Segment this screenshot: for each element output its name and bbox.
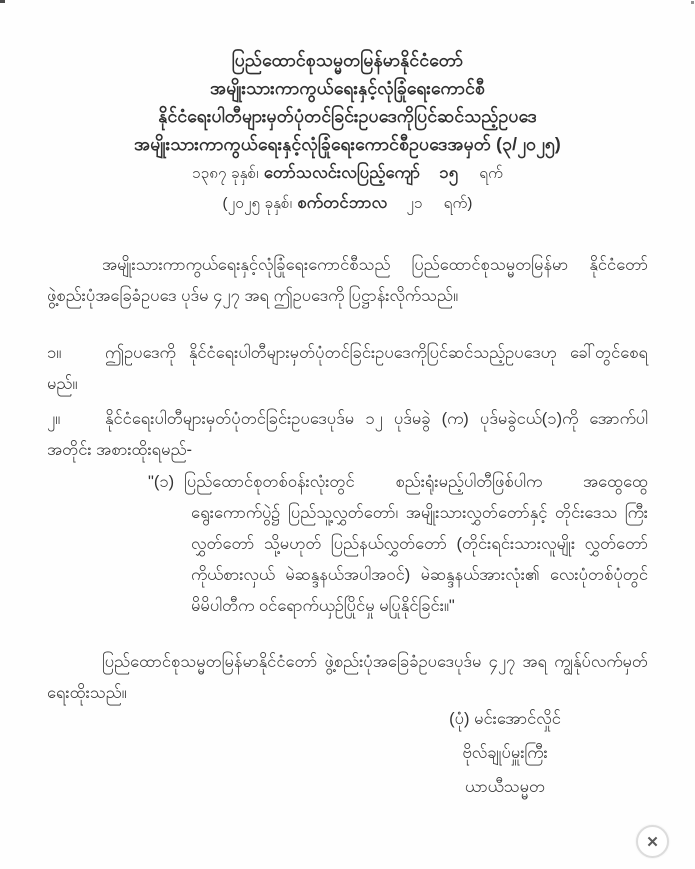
myanmar-year: ၁၃၈၇ ခုနှစ်၊ [192,165,259,182]
section-1-number: ၁။ [47,338,105,369]
document-page: ပြည်ထောင်စုသမ္မတမြန်မာနိုင်ငံတော် အမျိုး… [0,0,695,869]
quote-marker: "(၁) [148,473,184,491]
myanmar-month: တော်သလင်းလပြည့်ကျော် [264,164,420,182]
gregorian-month: စက်တင်ဘာလ [297,194,387,212]
signatory-title: ယာယီသမ္မတ [370,770,640,804]
header-date-myanmar: ၁၃၈၇ ခုနှစ်၊ တော်သလင်းလပြည့်ကျော် ၁၅ ရက် [0,158,695,188]
signatory-rank: ဗိုလ်ချုပ်မှူးကြီး [370,736,640,770]
section-2-number: ၂။ [47,404,105,435]
section-1: ၁။ဤဥပဒေကို နိုင်ငံရေးပါတီများမှတ်ပုံတင်ခ… [47,338,648,400]
section-2: ၂။နိုင်ငံရေးပါတီများမှတ်ပုံတင်ခြင်းဥပဒေပ… [47,404,648,466]
header-law-title: နိုင်ငံရေးပါတီများမှတ်ပုံတင်ခြင်းဥပဒေကို… [0,102,695,130]
quote-text: ပြည်ထောင်စုတစ်ဝန်းလုံးတွင် စည်းရုံးမည့်ပ… [184,473,648,615]
signatory-name: (ပုံ) မင်းအောင်လှိုင် [370,702,640,736]
gregorian-day-suffix: ရက်) [444,195,473,212]
document-header: ပြည်ထောင်စုသမ္မတမြန်မာနိုင်ငံတော် အမျိုး… [0,0,695,218]
header-council-name: အမျိုးသားကာကွယ်ရေးနှင့်လုံခြုံရေးကောင်စီ [0,74,695,102]
header-law-number: အမျိုးသားကာကွယ်ရေးနှင့်လုံခြုံရေးကောင်စီ… [0,130,695,158]
myanmar-day: ၁၅ [439,164,458,182]
quoted-subsection: "(၁)ပြည်ထောင်စုတစ်ဝန်းလုံးတွင် စည်းရုံးမ… [148,467,648,622]
myanmar-day-suffix: ရက် [479,165,503,182]
preamble-paragraph: အမျိုးသားကာကွယ်ရေးနှင့်လုံခြုံရေးကောင်စီ… [47,250,648,312]
closing-statement: ပြည်ထောင်စုသမ္မတမြန်မာနိုင်ငံတော် ဖွဲ့စည… [47,647,648,709]
scan-artifact-top-left [0,0,5,3]
header-state-name: ပြည်ထောင်စုသမ္မတမြန်မာနိုင်ငံတော် [0,46,695,74]
header-date-gregorian: (၂၀၂၅ ခုနှစ်၊ စက်တင်ဘာလ ၂၁ ရက်) [0,188,695,218]
section-2-text: နိုင်ငံရေးပါတီများမှတ်ပုံတင်ခြင်းဥပဒေပုဒ… [47,410,648,459]
document-body: အမျိုးသားကာကွယ်ရေးနှင့်လုံခြုံရေးကောင်စီ… [0,250,695,709]
section-1-text: ဤဥပဒေကို နိုင်ငံရေးပါတီများမှတ်ပုံတင်ခြင… [47,344,648,393]
signature-block: (ပုံ) မင်းအောင်လှိုင် ဗိုလ်ချုပ်မှူးကြီး… [370,702,640,804]
gregorian-year: (၂၀၂၅ ခုနှစ်၊ [222,195,292,212]
scan-artifact-top-right [691,1,694,4]
gregorian-day: ၂၁ [406,195,422,212]
close-icon: ✕ [646,833,659,851]
close-button[interactable]: ✕ [636,825,669,858]
